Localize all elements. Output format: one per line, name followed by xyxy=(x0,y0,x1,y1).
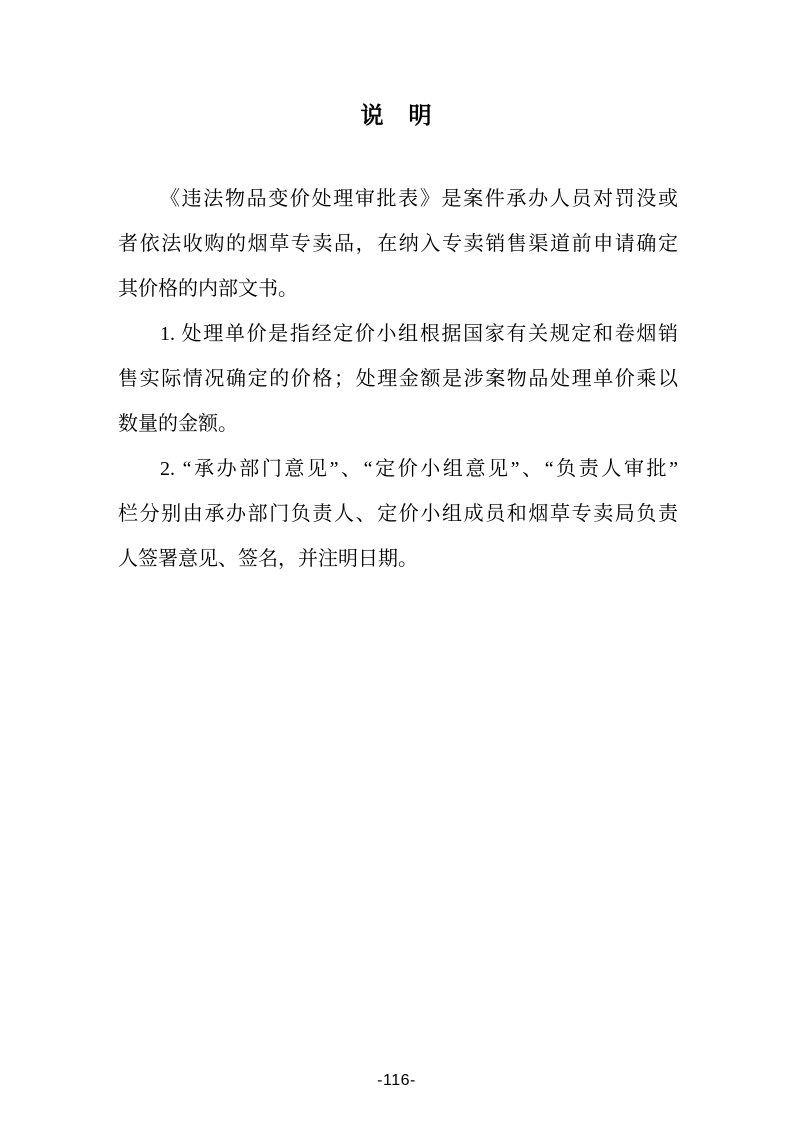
page-number: -116- xyxy=(0,1072,793,1090)
text-line: 数量的金额。 xyxy=(118,402,678,447)
paragraph-intro: 《违法物品变价处理审批表》是案件承办人员对罚没或 者依法收购的烟草专卖品，在纳入… xyxy=(118,177,678,312)
paragraph-item-2: 2. “承办部门意见”、“定价小组意见”、“负责人审批” 栏分别由承办部门负责人… xyxy=(118,447,678,582)
text-line: 1. 处理单价是指经定价小组根据国家有关规定和卷烟销 xyxy=(118,312,678,357)
page-title: 说 明 xyxy=(0,0,793,129)
text-line: 其价格的内部文书。 xyxy=(118,267,678,312)
document-page: 说 明 《违法物品变价处理审批表》是案件承办人员对罚没或 者依法收购的烟草专卖品… xyxy=(0,0,793,1122)
body-text: 《违法物品变价处理审批表》是案件承办人员对罚没或 者依法收购的烟草专卖品，在纳入… xyxy=(118,177,678,582)
text-line: 售实际情况确定的价格；处理金额是涉案物品处理单价乘以 xyxy=(118,357,678,402)
text-line: 2. “承办部门意见”、“定价小组意见”、“负责人审批” xyxy=(118,447,678,492)
text-line: 人签署意见、签名，并注明日期。 xyxy=(118,537,678,582)
paragraph-item-1: 1. 处理单价是指经定价小组根据国家有关规定和卷烟销 售实际情况确定的价格；处理… xyxy=(118,312,678,447)
text-line: 栏分别由承办部门负责人、定价小组成员和烟草专卖局负责 xyxy=(118,492,678,537)
text-line: 《违法物品变价处理审批表》是案件承办人员对罚没或 xyxy=(118,177,678,222)
text-line: 者依法收购的烟草专卖品，在纳入专卖销售渠道前申请确定 xyxy=(118,222,678,267)
